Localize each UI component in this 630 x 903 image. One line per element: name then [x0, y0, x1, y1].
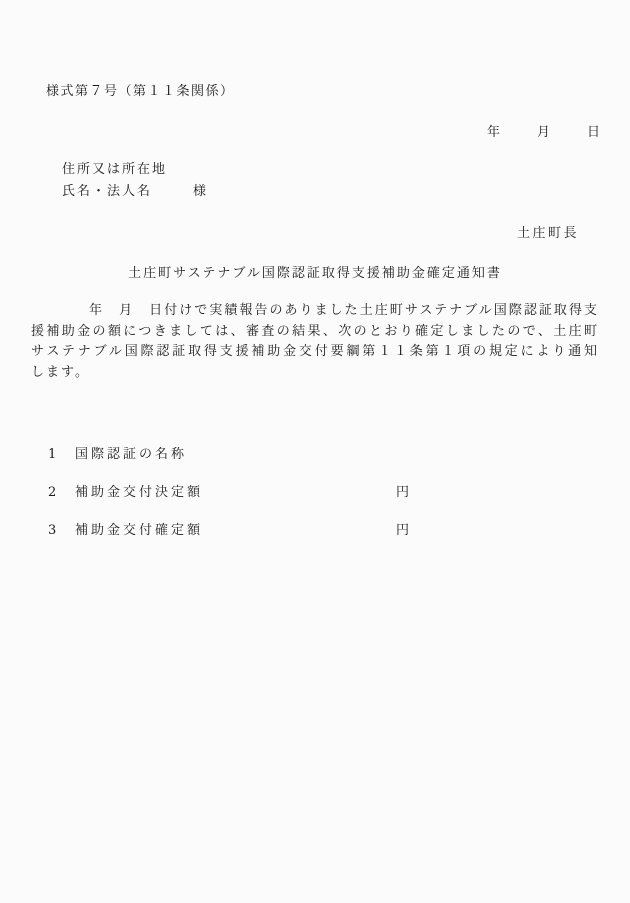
- item-unit-yen: 円: [396, 482, 409, 503]
- item-number: 2: [48, 482, 75, 503]
- item-label: 補助金交付決定額: [75, 485, 203, 500]
- sender-title: 土庄町長: [517, 222, 579, 241]
- date-day-label: 日: [587, 121, 600, 140]
- item-row-grant-decision-amount: 2補助金交付決定額 円: [48, 482, 608, 503]
- body-line: 年 月 日付けで実績報告のありました土庄町サステナブル国際認証取得支: [31, 301, 599, 322]
- item-row-grant-confirmed-amount: 3補助金交付確定額 円: [48, 520, 608, 541]
- item-label: 補助金交付確定額: [75, 523, 203, 538]
- body-line: サステナブル国際認証取得支援補助金交付要綱第１１条第１項の規定により通知: [31, 342, 599, 363]
- recipient-block: 住所又は所在地 氏名・法人名様: [62, 159, 208, 202]
- item-list: 1国際認証の名称 2補助金交付決定額 円 3補助金交付確定額 円: [48, 444, 608, 541]
- document-page: 様式第７号（第１１条関係） 年 月 日 住所又は所在地 氏名・法人名様 土庄町長…: [0, 0, 630, 903]
- document-title: 土庄町サステナブル国際認証取得支援補助金確定通知書: [0, 262, 630, 281]
- date-line: 年 月 日: [487, 121, 600, 140]
- date-month-label: 月: [537, 121, 550, 140]
- recipient-name-line: 氏名・法人名様: [62, 181, 208, 203]
- recipient-address-label: 住所又は所在地: [62, 159, 208, 181]
- item-row-certification-name: 1国際認証の名称: [48, 444, 608, 465]
- recipient-name-label: 氏名・法人名: [62, 184, 152, 199]
- body-line: 援補助金の額につきましては、審査の結果、次のとおり確定しましたので、土庄町: [31, 322, 599, 343]
- item-number: 1: [48, 444, 75, 465]
- item-unit-yen: 円: [396, 520, 409, 541]
- recipient-honorific: 様: [193, 184, 208, 199]
- date-year-label: 年: [487, 121, 500, 140]
- item-number: 3: [48, 520, 75, 541]
- body-line: します。: [31, 363, 599, 384]
- body-paragraph: 年 月 日付けで実績報告のありました土庄町サステナブル国際認証取得支 援補助金の…: [31, 301, 599, 384]
- form-number: 様式第７号（第１１条関係）: [46, 80, 235, 99]
- item-label: 国際認証の名称: [75, 447, 187, 462]
